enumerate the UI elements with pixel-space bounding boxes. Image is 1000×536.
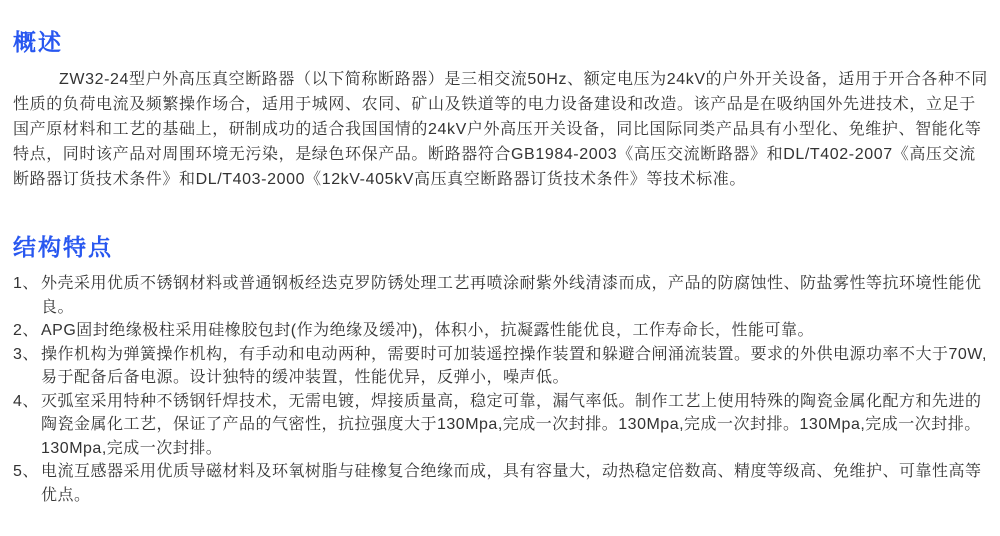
overview-paragraph: ZW32-24型户外高压真空断路器（以下简称断路器）是三相交流50Hz、额定电压… bbox=[13, 67, 988, 192]
section-heading-features: 结构特点 bbox=[13, 233, 988, 261]
feature-item-text: 外壳采用优质不锈钢材料或普通钢板经迭克罗防锈处理工艺再喷涂耐紫外线清漆而成，产品… bbox=[41, 272, 988, 319]
feature-item: 4、 灭弧室采用特种不锈钢钎焊技术，无需电镀，焊接质量高，稳定可靠，漏气率低。制… bbox=[13, 390, 988, 461]
feature-item-number: 4、 bbox=[13, 390, 41, 461]
feature-item-number: 2、 bbox=[13, 319, 41, 343]
feature-item: 2、 APG固封绝缘极柱采用硅橡胶包封(作为绝缘及缓冲)，体积小，抗凝露性能优良… bbox=[13, 319, 988, 343]
feature-item-number: 3、 bbox=[13, 343, 41, 390]
feature-item-text: 操作机构为弹簧操作机构，有手动和电动两种，需要时可加装遥控操作装置和躲避合闸涌流… bbox=[41, 343, 988, 390]
feature-item-number: 1、 bbox=[13, 272, 41, 319]
section-heading-overview: 概述 bbox=[13, 28, 988, 56]
feature-item: 3、 操作机构为弹簧操作机构，有手动和电动两种，需要时可加装遥控操作装置和躲避合… bbox=[13, 343, 988, 390]
feature-item: 1、 外壳采用优质不锈钢材料或普通钢板经迭克罗防锈处理工艺再喷涂耐紫外线清漆而成… bbox=[13, 272, 988, 319]
feature-item: 5、 电流互感器采用优质导磁材料及环氧树脂与硅橡复合绝缘而成，具有容量大，动热稳… bbox=[13, 460, 988, 507]
features-list: 1、 外壳采用优质不锈钢材料或普通钢板经迭克罗防锈处理工艺再喷涂耐紫外线清漆而成… bbox=[13, 272, 988, 507]
document-page: 概述 ZW32-24型户外高压真空断路器（以下简称断路器）是三相交流50Hz、额… bbox=[0, 0, 1000, 507]
feature-item-text: 灭弧室采用特种不锈钢钎焊技术，无需电镀，焊接质量高，稳定可靠，漏气率低。制作工艺… bbox=[41, 390, 988, 461]
feature-item-number: 5、 bbox=[13, 460, 41, 507]
feature-item-text: 电流互感器采用优质导磁材料及环氧树脂与硅橡复合绝缘而成，具有容量大，动热稳定倍数… bbox=[41, 460, 988, 507]
feature-item-text: APG固封绝缘极柱采用硅橡胶包封(作为绝缘及缓冲)，体积小，抗凝露性能优良，工作… bbox=[41, 319, 988, 343]
